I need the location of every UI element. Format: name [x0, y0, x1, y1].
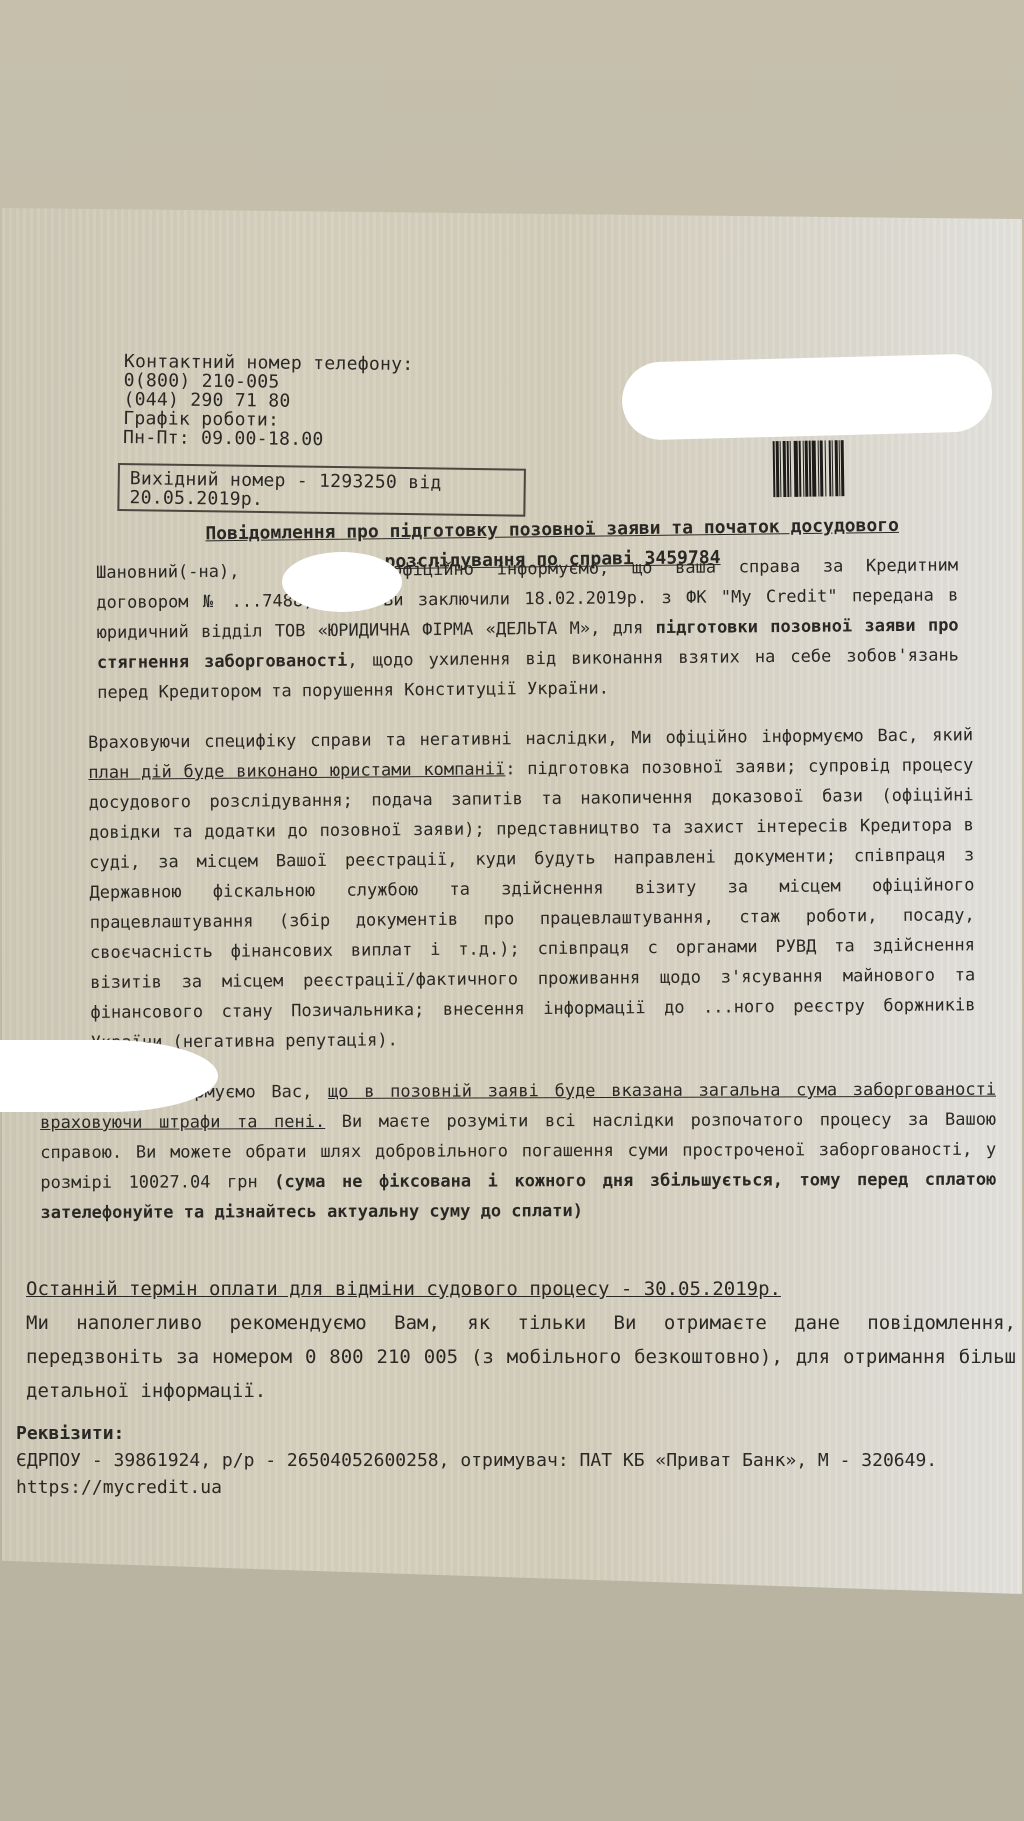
greeting: Шановний(-на), — [96, 562, 239, 583]
redaction-address — [621, 353, 993, 441]
paragraph-4: Останній термін оплати для відміни судов… — [26, 1272, 1016, 1408]
p2-text-b: : підготовка позовної заяви; супровід пр… — [89, 755, 976, 1053]
paragraph-1: Шановний(-на), офіційно інформуємо, що в… — [96, 550, 959, 708]
schedule: Пн-Пт: 09.00-18.00 — [123, 428, 413, 450]
requisites: Реквізити:ЄДРПОУ - 39861924, р/р - 26504… — [16, 1420, 1024, 1501]
payment-deadline: Останній термін оплати для відміни судов… — [26, 1272, 1016, 1306]
outgoing-number-box: Вихідний номер - 1293250 від20.05.2019р. — [117, 463, 526, 517]
requisites-line: ЄДРПОУ - 39861924, р/р - 26504052600258,… — [16, 1447, 1024, 1501]
contact-info: Контактний номер телефону:0(800) 210-005… — [123, 352, 414, 450]
redaction-name — [282, 552, 402, 612]
p2-underlined: план дій буде виконано юристами компанії — [88, 759, 505, 783]
paragraph-2: Враховуючи специфіку справи та негативні… — [88, 720, 976, 1058]
outgoing-number: Вихідний номер - 1293250 від20.05.2019р. — [129, 469, 441, 511]
requisites-label: Реквізити: — [16, 1420, 1024, 1447]
p2-text-a: Враховуючи специфіку справи та негативні… — [88, 725, 973, 753]
p4-text: Ми наполегливо рекомендуємо Вам, як тіль… — [26, 1306, 1016, 1408]
redaction-corner — [0, 1040, 218, 1112]
barcode — [773, 439, 942, 497]
